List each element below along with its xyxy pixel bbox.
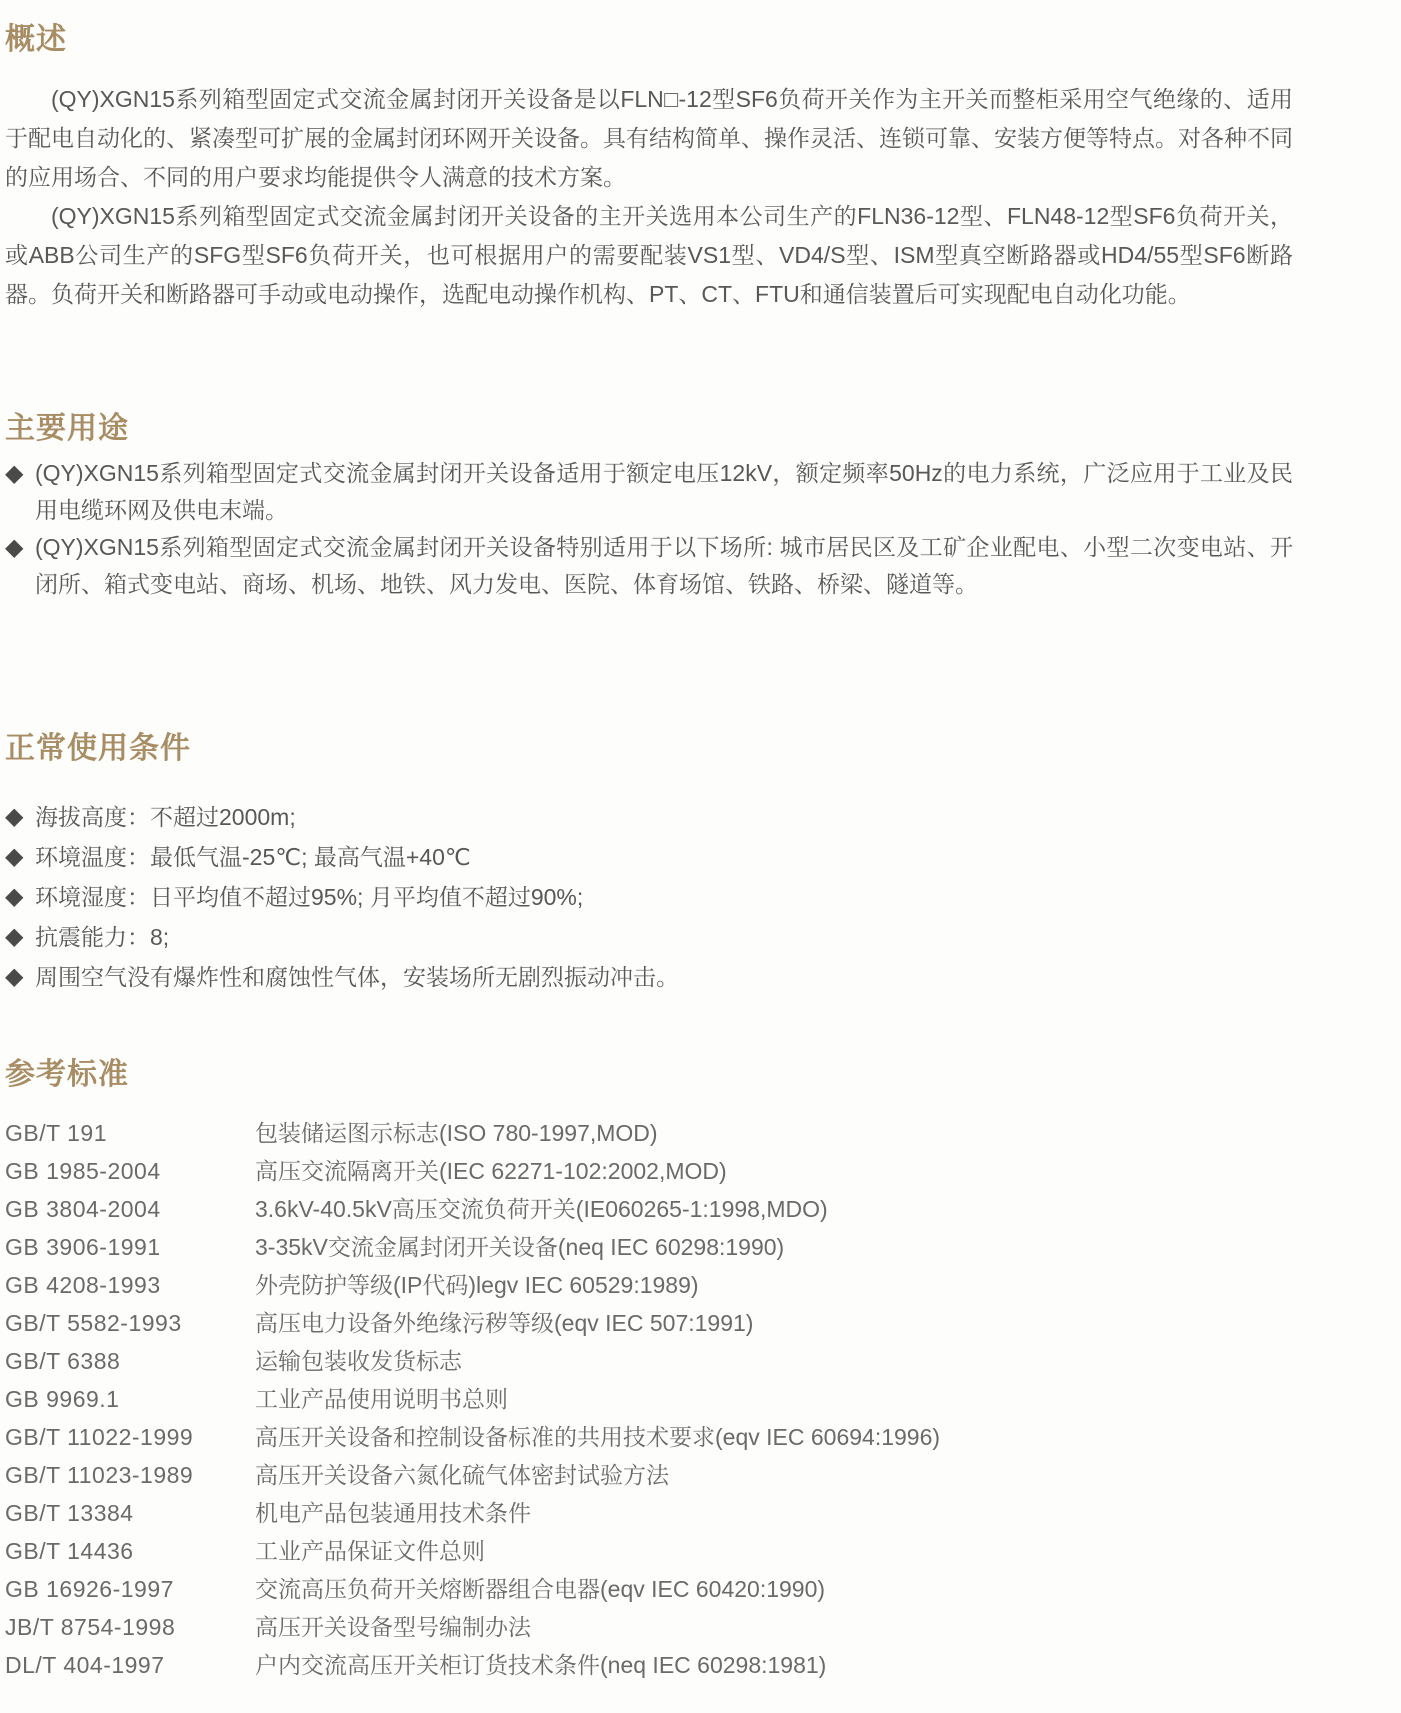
table-row: GB/T 191 包装储运图示标志(ISO 780-1997,MOD) xyxy=(5,1115,1293,1153)
list-item: ◆ (QY)XGN15系列箱型固定式交流金属封闭开关设备适用于额定电压12kV，… xyxy=(5,455,1293,529)
diamond-bullet-icon: ◆ xyxy=(5,957,35,997)
standard-code: GB/T 11023-1989 xyxy=(5,1462,255,1489)
diamond-bullet-icon: ◆ xyxy=(5,837,35,877)
list-item-text: 抗震能力：8; xyxy=(35,917,1293,957)
standards-table: GB/T 191 包装储运图示标志(ISO 780-1997,MOD) GB 1… xyxy=(5,1115,1293,1685)
overview-paragraph: (QY)XGN15系列箱型固定式交流金属封闭开关设备的主开关选用本公司生产的FL… xyxy=(5,197,1293,314)
table-row: GB/T 11023-1989 高压开关设备六氮化硫气体密封试验方法 xyxy=(5,1457,1293,1495)
diamond-bullet-icon: ◆ xyxy=(5,917,35,957)
table-row: GB/T 14436 工业产品保证文件总则 xyxy=(5,1533,1293,1571)
standard-code: JB/T 8754-1998 xyxy=(5,1614,255,1641)
list-item-text: 环境温度：最低气温-25℃; 最高气温+40℃ xyxy=(35,837,1293,877)
standard-description: 工业产品保证文件总则 xyxy=(255,1533,1293,1566)
reference-standards-heading: 参考标准 xyxy=(5,1057,1293,1093)
document-content: 概述 (QY)XGN15系列箱型固定式交流金属封闭开关设备是以FLN□-12型S… xyxy=(5,22,1293,1685)
section-reference-standards: 参考标准 GB/T 191 包装储运图示标志(ISO 780-1997,MOD)… xyxy=(5,1057,1293,1685)
diamond-bullet-icon: ◆ xyxy=(5,455,35,492)
table-row: GB/T 5582-1993 高压电力设备外绝缘污秽等级(eqv IEC 507… xyxy=(5,1305,1293,1343)
diamond-bullet-icon: ◆ xyxy=(5,877,35,917)
standard-description: 外壳防护等级(IP代码)legv IEC 60529:1989) xyxy=(255,1267,1293,1300)
standard-code: GB/T 191 xyxy=(5,1120,255,1147)
table-row: GB 3804-2004 3.6kV-40.5kV高压交流负荷开关(IE0602… xyxy=(5,1191,1293,1229)
list-item-text: (QY)XGN15系列箱型固定式交流金属封闭开关设备特别适用于以下场所: 城市居… xyxy=(35,529,1293,603)
table-row: GB 1985-2004 高压交流隔离开关(IEC 62271-102:2002… xyxy=(5,1153,1293,1191)
main-uses-heading: 主要用途 xyxy=(5,411,1293,447)
standard-code: GB 16926-1997 xyxy=(5,1576,255,1603)
list-item: ◆ 环境温度：最低气温-25℃; 最高气温+40℃ xyxy=(5,837,1293,877)
standard-code: GB 3906-1991 xyxy=(5,1234,255,1261)
standard-description: 高压电力设备外绝缘污秽等级(eqv IEC 507:1991) xyxy=(255,1305,1293,1338)
document-page: 概述 (QY)XGN15系列箱型固定式交流金属封闭开关设备是以FLN□-12型S… xyxy=(0,0,1401,1713)
standard-code: GB/T 14436 xyxy=(5,1538,255,1565)
table-row: GB/T 6388 运输包装收发货标志 xyxy=(5,1343,1293,1381)
standard-description: 运输包装收发货标志 xyxy=(255,1343,1293,1376)
section-overview: 概述 (QY)XGN15系列箱型固定式交流金属封闭开关设备是以FLN□-12型S… xyxy=(5,22,1293,314)
table-row: GB 9969.1 工业产品使用说明书总则 xyxy=(5,1381,1293,1419)
section-operating-conditions: 正常使用条件 ◆ 海拔高度：不超过2000m; ◆ 环境温度：最低气温-25℃;… xyxy=(5,731,1293,997)
standard-code: GB/T 11022-1999 xyxy=(5,1424,255,1451)
standard-description: 高压开关设备六氮化硫气体密封试验方法 xyxy=(255,1457,1293,1490)
standard-description: 高压交流隔离开关(IEC 62271-102:2002,MOD) xyxy=(255,1153,1293,1186)
standard-code: GB 1985-2004 xyxy=(5,1158,255,1185)
standard-description: 高压开关设备和控制设备标准的共用技术要求(eqv IEC 60694:1996) xyxy=(255,1419,1293,1452)
standard-description: 工业产品使用说明书总则 xyxy=(255,1381,1293,1414)
standard-description: 机电产品包装通用技术条件 xyxy=(255,1495,1293,1528)
table-row: GB 16926-1997 交流高压负荷开关熔断器组合电器(eqv IEC 60… xyxy=(5,1571,1293,1609)
list-item: ◆ 周围空气没有爆炸性和腐蚀性气体，安装场所无剧烈振动冲击。 xyxy=(5,957,1293,997)
overview-paragraphs: (QY)XGN15系列箱型固定式交流金属封闭开关设备是以FLN□-12型SF6负… xyxy=(5,80,1293,314)
list-item: ◆ 海拔高度：不超过2000m; xyxy=(5,797,1293,837)
list-item-text: (QY)XGN15系列箱型固定式交流金属封闭开关设备适用于额定电压12kV，额定… xyxy=(35,455,1293,529)
standard-description: 3-35kV交流金属封闭开关设备(neq IEC 60298:1990) xyxy=(255,1229,1293,1262)
operating-conditions-heading: 正常使用条件 xyxy=(5,731,1293,767)
standard-description: 高压开关设备型号编制办法 xyxy=(255,1609,1293,1642)
standard-code: GB 3804-2004 xyxy=(5,1196,255,1223)
standard-code: GB/T 6388 xyxy=(5,1348,255,1375)
table-row: GB 4208-1993 外壳防护等级(IP代码)legv IEC 60529:… xyxy=(5,1267,1293,1305)
diamond-bullet-icon: ◆ xyxy=(5,797,35,837)
overview-paragraph: (QY)XGN15系列箱型固定式交流金属封闭开关设备是以FLN□-12型SF6负… xyxy=(5,80,1293,197)
section-main-uses: 主要用途 ◆ (QY)XGN15系列箱型固定式交流金属封闭开关设备适用于额定电压… xyxy=(5,411,1293,603)
standard-code: GB/T 5582-1993 xyxy=(5,1310,255,1337)
table-row: GB/T 11022-1999 高压开关设备和控制设备标准的共用技术要求(eqv… xyxy=(5,1419,1293,1457)
standard-description: 3.6kV-40.5kV高压交流负荷开关(IE060265-1:1998,MDO… xyxy=(255,1191,1293,1224)
operating-conditions-list: ◆ 海拔高度：不超过2000m; ◆ 环境温度：最低气温-25℃; 最高气温+4… xyxy=(5,797,1293,997)
list-item: ◆ 环境湿度：日平均值不超过95%; 月平均值不超过90%; xyxy=(5,877,1293,917)
standard-description: 交流高压负荷开关熔断器组合电器(eqv IEC 60420:1990) xyxy=(255,1571,1293,1604)
standard-description: 包装储运图示标志(ISO 780-1997,MOD) xyxy=(255,1115,1293,1148)
standard-description: 户内交流高压开关柜订货技术条件(neq IEC 60298:1981) xyxy=(255,1647,1293,1680)
table-row: DL/T 404-1997 户内交流高压开关柜订货技术条件(neq IEC 60… xyxy=(5,1647,1293,1685)
table-row: JB/T 8754-1998 高压开关设备型号编制办法 xyxy=(5,1609,1293,1647)
list-item-text: 海拔高度：不超过2000m; xyxy=(35,797,1293,837)
overview-heading: 概述 xyxy=(5,22,1293,58)
list-item: ◆ 抗震能力：8; xyxy=(5,917,1293,957)
list-item-text: 周围空气没有爆炸性和腐蚀性气体，安装场所无剧烈振动冲击。 xyxy=(35,957,1293,997)
standard-code: GB 9969.1 xyxy=(5,1386,255,1413)
table-row: GB 3906-1991 3-35kV交流金属封闭开关设备(neq IEC 60… xyxy=(5,1229,1293,1267)
standard-code: GB 4208-1993 xyxy=(5,1272,255,1299)
main-uses-list: ◆ (QY)XGN15系列箱型固定式交流金属封闭开关设备适用于额定电压12kV，… xyxy=(5,455,1293,603)
list-item-text: 环境湿度：日平均值不超过95%; 月平均值不超过90%; xyxy=(35,877,1293,917)
standard-code: DL/T 404-1997 xyxy=(5,1652,255,1679)
table-row: GB/T 13384 机电产品包装通用技术条件 xyxy=(5,1495,1293,1533)
list-item: ◆ (QY)XGN15系列箱型固定式交流金属封闭开关设备特别适用于以下场所: 城… xyxy=(5,529,1293,603)
diamond-bullet-icon: ◆ xyxy=(5,529,35,566)
standard-code: GB/T 13384 xyxy=(5,1500,255,1527)
